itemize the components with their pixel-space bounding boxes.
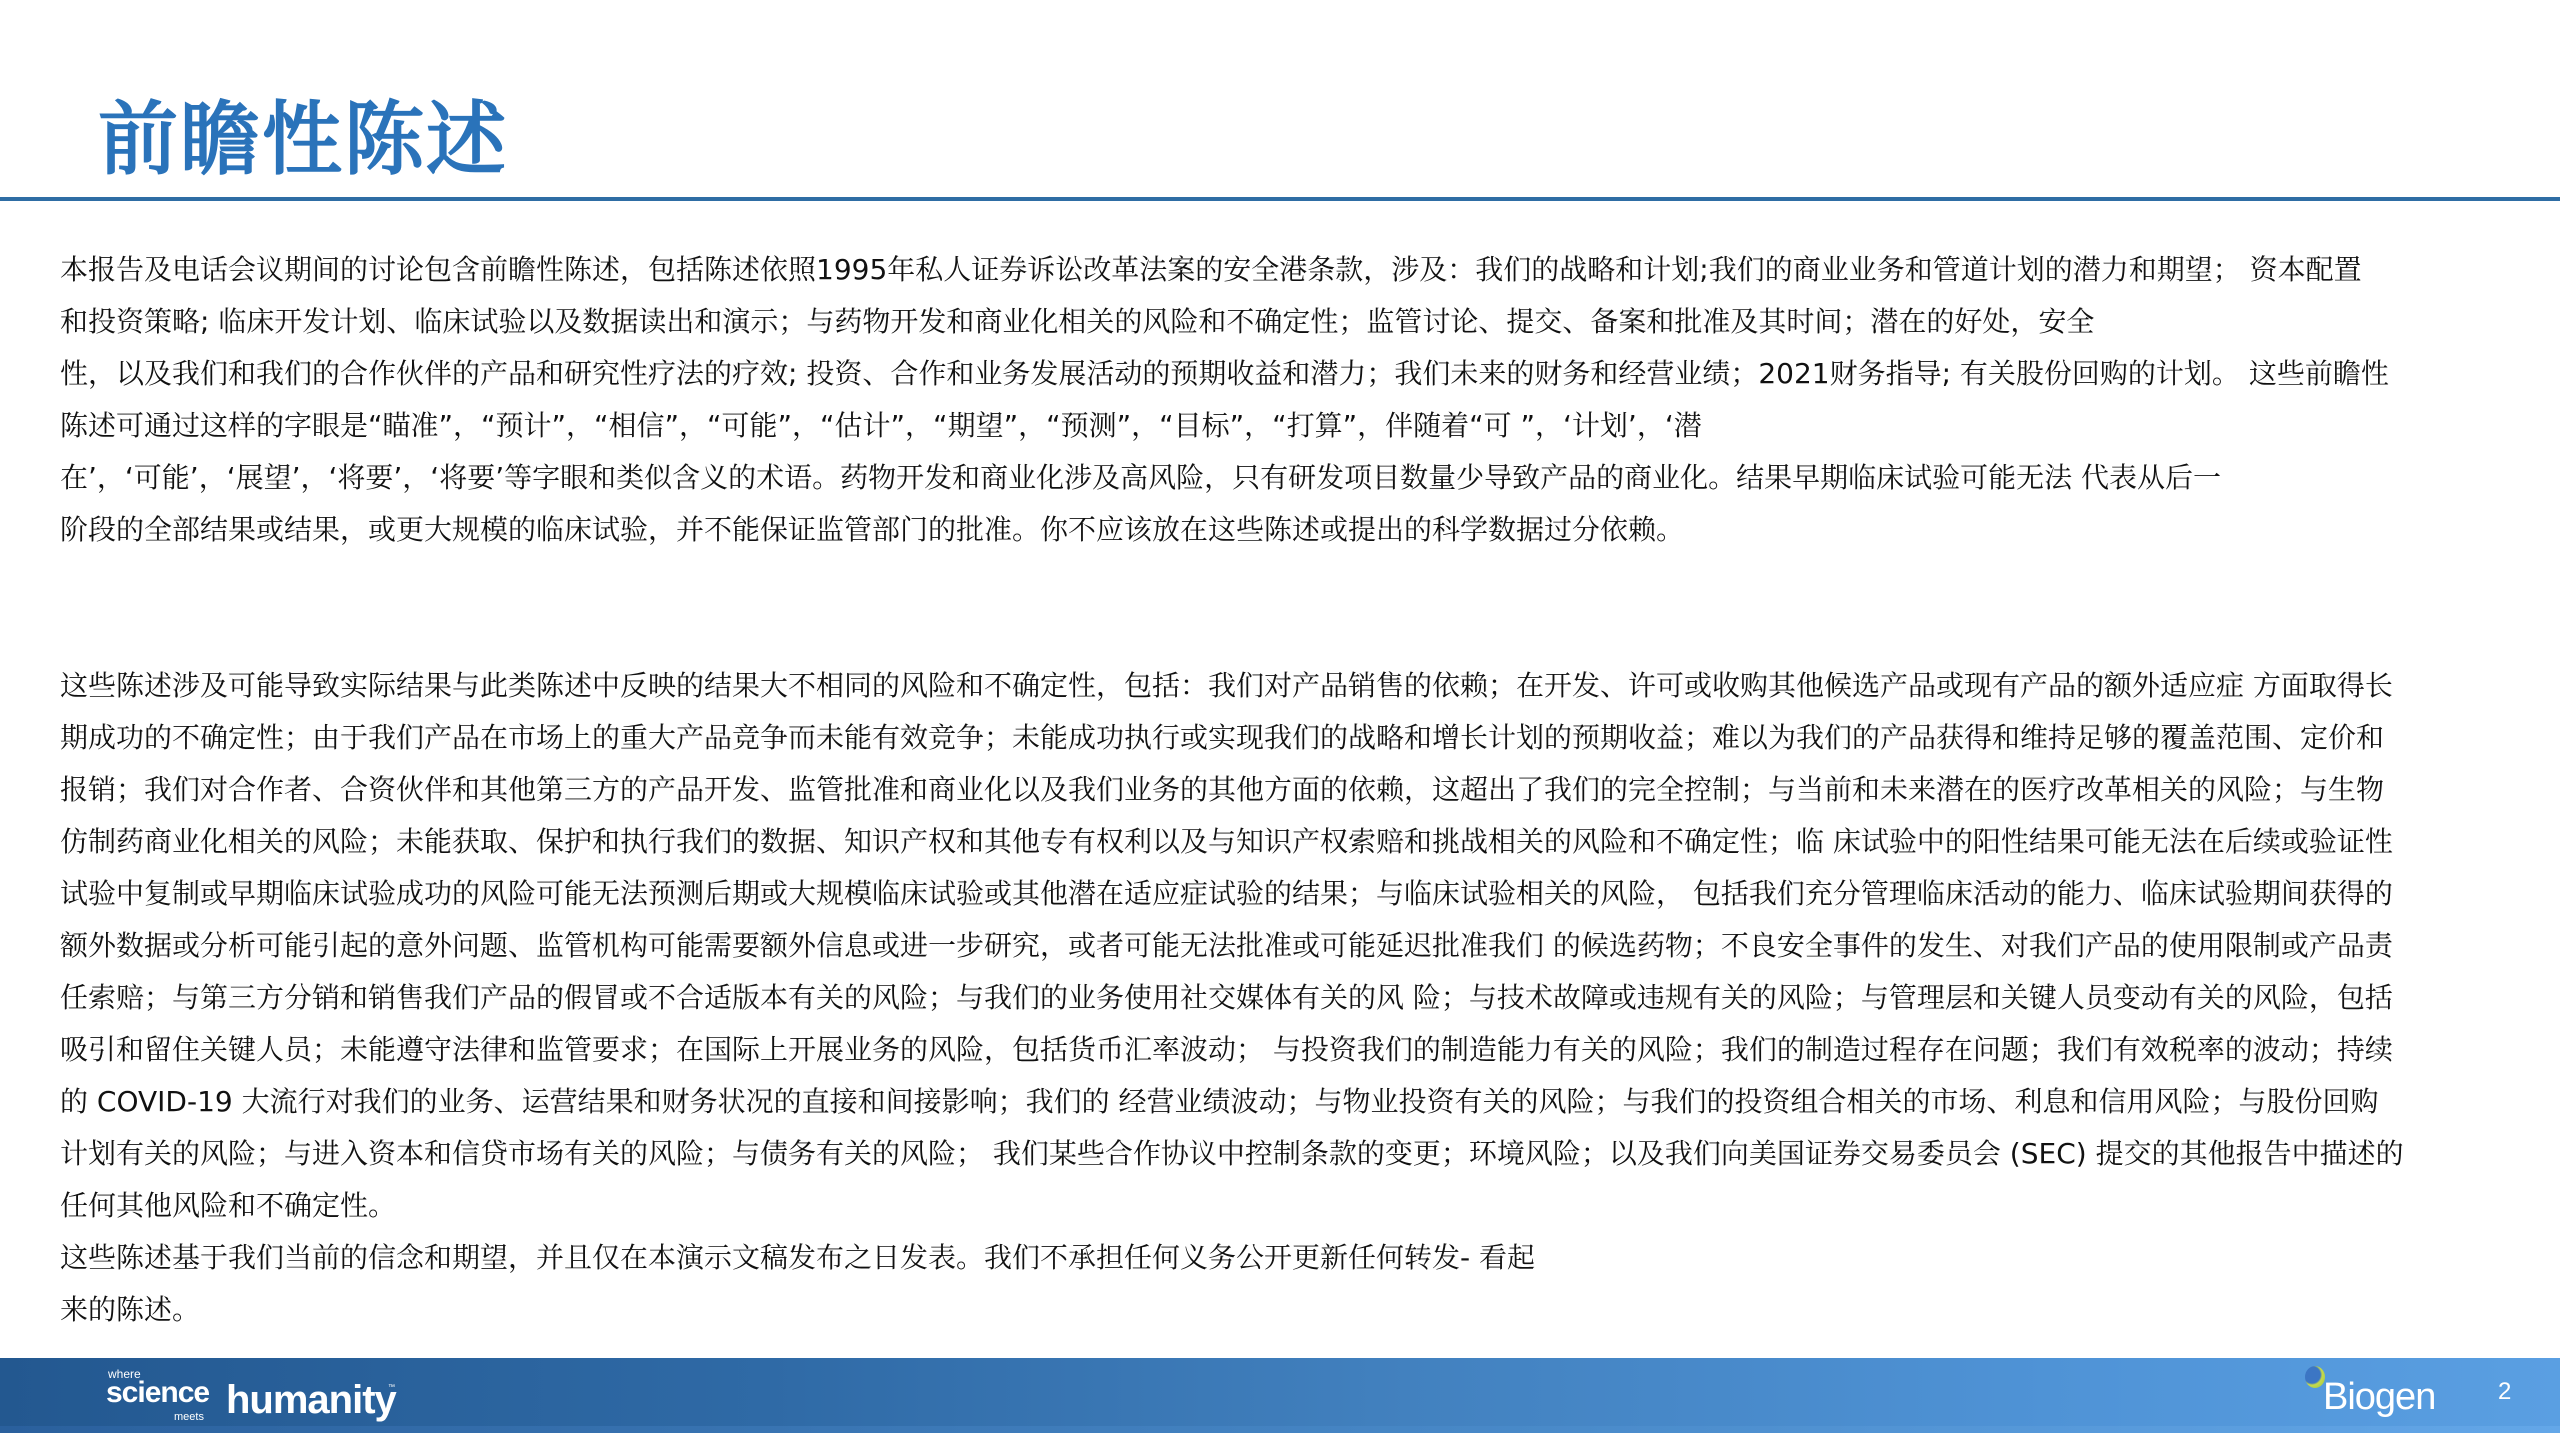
text-line: 试验中复制或早期临床试验成功的风险可能无法预测后期或大规模临床试验或其他潜在适应… <box>60 868 2510 920</box>
footer-bar: where science meets humanity ™ Biogen 2 <box>0 1358 2560 1433</box>
text-line: 在’，‘可能’，‘展望’，‘将要’，‘将要’等字眼和类似含义的术语。药物开发和商… <box>60 452 2510 504</box>
text-line: 这些陈述基于我们当前的信念和期望，并且仅在本演示文稿发布之日发表。我们不承担任何… <box>60 1232 2510 1284</box>
text-line: 阶段的全部结果或结果，或更大规模的临床试验，并不能保证监管部门的批准。你不应该放… <box>60 504 2510 556</box>
text-line: 仿制药商业化相关的风险；未能获取、保护和执行我们的数据、知识产权和其他专有权利以… <box>60 816 2510 868</box>
title-divider <box>0 197 2560 201</box>
text-line: 性，以及我们和我们的合作伙伴的产品和研究性疗法的疗效; 投资、合作和业务发展活动… <box>60 348 2510 400</box>
page-number: 2 <box>2498 1378 2511 1406</box>
text-line: 这些陈述涉及可能导致实际结果与此类陈述中反映的结果大不相同的风险和不确定性，包括… <box>60 660 2510 712</box>
text-line: 本报告及电话会议期间的讨论包含前瞻性陈述，包括陈述依照1995年私人证券诉讼改革… <box>60 244 2510 296</box>
paragraph-forward-looking: 本报告及电话会议期间的讨论包含前瞻性陈述，包括陈述依照1995年私人证券诉讼改革… <box>60 244 2510 556</box>
text-line: 期成功的不确定性；由于我们产品在市场上的重大产品竞争而未能有效竞争；未能成功执行… <box>60 712 2510 764</box>
footer-bottom-strip <box>0 1426 2560 1433</box>
paragraph-risks: 这些陈述涉及可能导致实际结果与此类陈述中反映的结果大不相同的风险和不确定性，包括… <box>60 660 2510 1336</box>
page-title: 前瞻性陈述 <box>98 92 508 188</box>
tagline-meets: meets <box>174 1412 204 1423</box>
text-line: 陈述可通过这样的字眼是“瞄准”，“预计”，“相信”，“可能”，“估计”，“期望”… <box>60 400 2510 452</box>
biogen-logo: Biogen <box>2305 1366 2455 1426</box>
text-line: 计划有关的风险；与进入资本和信贷市场有关的风险；与债务有关的风险； 我们某些合作… <box>60 1128 2510 1180</box>
text-line: 和投资策略; 临床开发计划、临床试验以及数据读出和演示；与药物开发和商业化相关的… <box>60 296 2510 348</box>
tagline-science: science <box>106 1378 209 1408</box>
paragraph-spacer <box>60 556 2510 660</box>
tagline-humanity: humanity <box>226 1380 396 1420</box>
brand-name: Biogen <box>2323 1376 2435 1419</box>
text-line: 的 COVID-19 大流行对我们的业务、运营结果和财务状况的直接和间接影响；我… <box>60 1076 2510 1128</box>
text-line: 任何其他风险和不确定性。 <box>60 1180 2510 1232</box>
text-line: 任索赔；与第三方分销和销售我们产品的假冒或不合适版本有关的风险；与我们的业务使用… <box>60 972 2510 1024</box>
text-line: 来的陈述。 <box>60 1284 2510 1336</box>
biogen-logo-icon <box>2305 1366 2325 1388</box>
trademark-mark: ™ <box>388 1384 395 1391</box>
text-line: 吸引和留住关键人员；未能遵守法律和监管要求；在国际上开展业务的风险，包括货币汇率… <box>60 1024 2510 1076</box>
text-line: 额外数据或分析可能引起的意外问题、监管机构可能需要额外信息或进一步研究，或者可能… <box>60 920 2510 972</box>
body-content: 本报告及电话会议期间的讨论包含前瞻性陈述，包括陈述依照1995年私人证券诉讼改革… <box>60 244 2510 1336</box>
text-line: 报销；我们对合作者、合资伙伴和其他第三方的产品开发、监管批准和商业化以及我们业务… <box>60 764 2510 816</box>
